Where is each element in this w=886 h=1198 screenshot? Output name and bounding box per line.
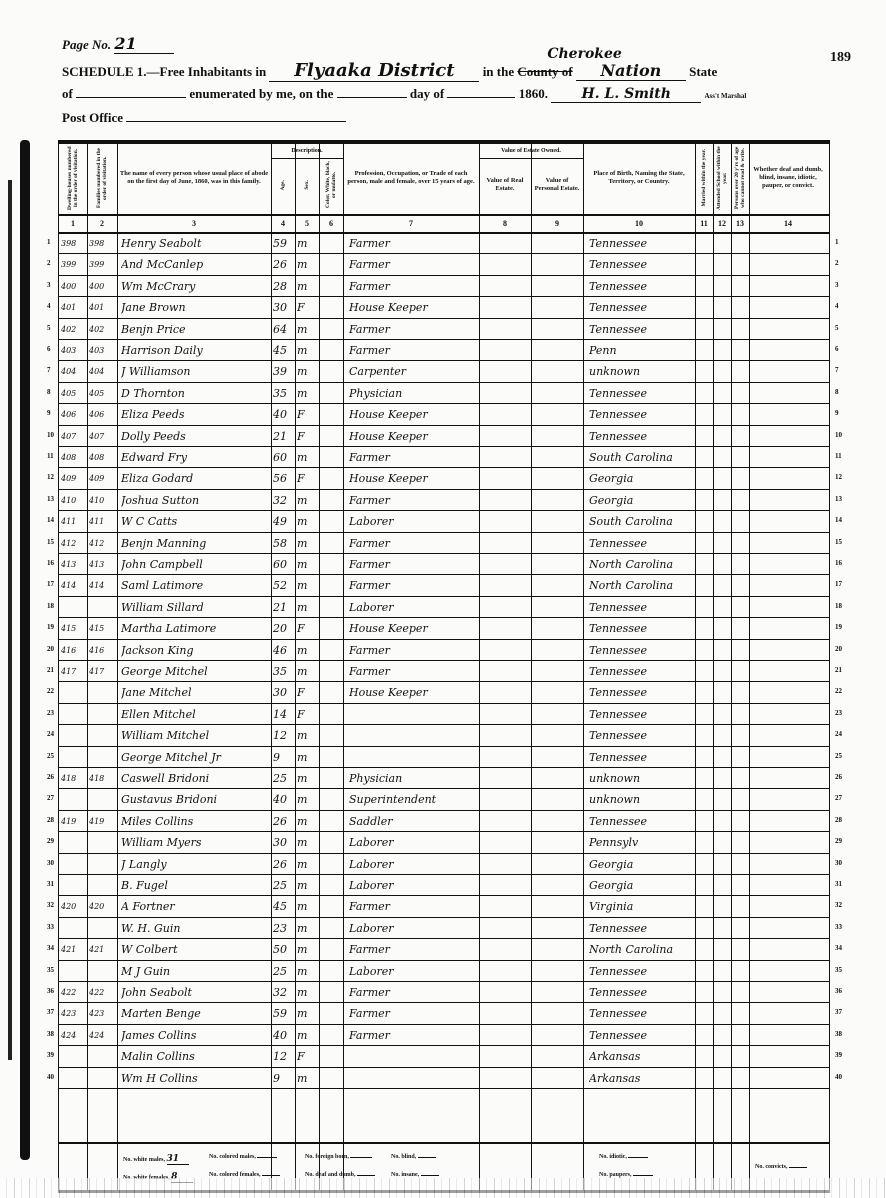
cell-family: 413 (89, 553, 117, 574)
table-row: 418418Caswell Bridoni25mPhysicianunknown… (59, 767, 829, 789)
cell-age: 12 (273, 1045, 295, 1066)
cell-dwelling: 417 (61, 660, 87, 681)
line-number-left: 19 (47, 623, 54, 631)
line-number-right: 5 (835, 324, 839, 332)
cell-birthplace: Penn (589, 339, 695, 360)
cell-birthplace: Tennessee (589, 403, 695, 424)
cell-family: 406 (89, 403, 117, 424)
cell-age: 9 (273, 1067, 295, 1088)
cell-sex: F (297, 467, 319, 488)
line-number-left: 1 (47, 238, 51, 246)
table-row: 411411W C Catts49mLaborerSouth Carolina1… (59, 510, 829, 532)
cell-occupation: Laborer (349, 917, 479, 938)
cell-name: W C Catts (121, 510, 271, 531)
line-number-right: 9 (835, 409, 839, 417)
cell-family: 417 (89, 660, 117, 681)
cell-family (89, 724, 117, 745)
line-number-right: 21 (835, 666, 842, 674)
table-row: Wm H Collins9mArkansas4040 (59, 1067, 829, 1089)
cell-occupation: Carpenter (349, 360, 479, 381)
cell-name: Eliza Peeds (121, 403, 271, 424)
cell-occupation: Laborer (349, 596, 479, 617)
table-row: 412412Benjn Manning58mFarmerTennessee151… (59, 532, 829, 554)
cell-name: Jane Brown (121, 296, 271, 317)
cell-name: Wm McCrary (121, 275, 271, 296)
table-row: 417417George Mitchel35mFarmerTennessee21… (59, 660, 829, 682)
cell-family: 416 (89, 639, 117, 660)
cell-occupation: Farmer (349, 232, 479, 253)
ass-marshal-label: Ass't Marshal (704, 92, 746, 100)
line-number-right: 7 (835, 366, 839, 374)
cell-dwelling: 401 (61, 296, 87, 317)
table-row: 405405D Thornton35mPhysicianTennessee88 (59, 382, 829, 404)
cell-dwelling: 400 (61, 275, 87, 296)
cell-name: William Myers (121, 831, 271, 852)
enumerator-signature: H. L. Smith (551, 86, 701, 103)
line-number-left: 34 (47, 944, 54, 952)
cell-age: 9 (273, 746, 295, 767)
cell-age: 14 (273, 703, 295, 724)
line-number-left: 12 (47, 473, 54, 481)
cell-sex: m (297, 853, 319, 874)
cell-birthplace: Tennessee (589, 660, 695, 681)
cell-occupation (349, 746, 479, 767)
cell-dwelling: 411 (61, 510, 87, 531)
line-number-left: 9 (47, 409, 51, 417)
line-number-right: 17 (835, 580, 842, 588)
line-number-right: 6 (835, 345, 839, 353)
value-estate-group-header: Value of Estate Owned. (479, 144, 583, 159)
cell-dwelling (61, 681, 87, 702)
col-header-disability: Whether deaf and dumb, blind, insane, id… (749, 144, 827, 212)
table-row: 410410Joshua Sutton32mFarmerGeorgia1313 (59, 489, 829, 511)
cell-occupation: Laborer (349, 874, 479, 895)
cell-name: And McCanlep (121, 253, 271, 274)
cell-dwelling: 399 (61, 253, 87, 274)
cell-name: James Collins (121, 1024, 271, 1045)
cell-birthplace: Tennessee (589, 296, 695, 317)
cell-dwelling (61, 703, 87, 724)
line-number-right: 19 (835, 623, 842, 631)
cell-name: J Langly (121, 853, 271, 874)
line-number-right: 2 (835, 259, 839, 267)
table-row: Jane Mitchel30FHouse KeeperTennessee2222 (59, 681, 829, 703)
cell-sex: m (297, 360, 319, 381)
col-header-color: Color, White, black, or mulatto. (319, 158, 343, 212)
cell-occupation: House Keeper (349, 296, 479, 317)
cell-age: 59 (273, 1002, 295, 1023)
cell-age: 26 (273, 810, 295, 831)
cell-dwelling: 403 (61, 339, 87, 360)
cell-sex: m (297, 746, 319, 767)
cell-dwelling: 408 (61, 446, 87, 467)
cell-dwelling: 412 (61, 532, 87, 553)
cell-dwelling: 420 (61, 895, 87, 916)
cell-sex: m (297, 660, 319, 681)
cell-occupation: Physician (349, 767, 479, 788)
census-table: Description. Value of Estate Owned. Dwel… (58, 140, 830, 1193)
cell-name: William Sillard (121, 596, 271, 617)
cell-sex: m (297, 639, 319, 660)
cell-occupation (349, 1045, 479, 1066)
line-number-right: 33 (835, 923, 842, 931)
cell-occupation: Farmer (349, 574, 479, 595)
line-number-left: 23 (47, 709, 54, 717)
page-binding-edge (0, 140, 38, 1160)
cell-age: 30 (273, 296, 295, 317)
cell-occupation: Farmer (349, 532, 479, 553)
cell-name: Miles Collins (121, 810, 271, 831)
cell-birthplace: Tennessee (589, 425, 695, 446)
cell-sex: m (297, 275, 319, 296)
cell-family (89, 746, 117, 767)
table-row: 416416Jackson King46mFarmerTennessee2020 (59, 639, 829, 661)
cell-age: 45 (273, 339, 295, 360)
cell-name: Wm H Collins (121, 1067, 271, 1088)
post-office-line: Post Office (62, 110, 346, 126)
line-number-right: 34 (835, 944, 842, 952)
cell-birthplace: North Carolina (589, 938, 695, 959)
cell-sex: m (297, 917, 319, 938)
cell-age: 58 (273, 532, 295, 553)
cell-name: Joshua Sutton (121, 489, 271, 510)
cell-age: 30 (273, 681, 295, 702)
cell-birthplace: Pennsylv (589, 831, 695, 852)
cell-occupation: Farmer (349, 339, 479, 360)
line-number-left: 20 (47, 645, 54, 653)
line-number-left: 35 (47, 966, 54, 974)
col-header-school: Attended School within the year. (713, 144, 731, 212)
cell-dwelling: 414 (61, 574, 87, 595)
table-row: 421421W Colbert50mFarmerNorth Carolina34… (59, 938, 829, 960)
table-row: George Mitchel Jr9mTennessee2525 (59, 746, 829, 768)
line-number-left: 14 (47, 516, 54, 524)
table-row: 419419Miles Collins26mSaddlerTennessee28… (59, 810, 829, 832)
cell-dwelling: 406 (61, 403, 87, 424)
line-number-left: 10 (47, 431, 54, 439)
cell-family: 403 (89, 339, 117, 360)
schedule-line: SCHEDULE 1.—Free Inhabitants in Flyaaka … (62, 60, 717, 82)
cell-dwelling (61, 788, 87, 809)
description-group-header: Description. (271, 144, 343, 159)
cell-dwelling: 398 (61, 232, 87, 253)
cell-occupation: Superintendent (349, 788, 479, 809)
cell-name: Martha Latimore (121, 617, 271, 638)
cell-family (89, 681, 117, 702)
cell-name: B. Fugel (121, 874, 271, 895)
cell-name: John Campbell (121, 553, 271, 574)
col-header-sex: Sex. (295, 158, 319, 212)
cell-family (89, 831, 117, 852)
cell-dwelling: 413 (61, 553, 87, 574)
cell-birthplace: unknown (589, 360, 695, 381)
cell-family: 419 (89, 810, 117, 831)
line-number-left: 22 (47, 687, 54, 695)
cell-birthplace: Tennessee (589, 318, 695, 339)
cell-dwelling (61, 917, 87, 938)
cell-occupation: Farmer (349, 895, 479, 916)
nation-name-above: Cherokee (547, 46, 621, 62)
table-row: 424424James Collins40mFarmerTennessee383… (59, 1024, 829, 1046)
cell-birthplace: North Carolina (589, 553, 695, 574)
cell-sex: m (297, 810, 319, 831)
line-number-right: 18 (835, 602, 842, 610)
line-number-left: 16 (47, 559, 54, 567)
cell-dwelling: 410 (61, 489, 87, 510)
cell-dwelling: 424 (61, 1024, 87, 1045)
cell-family: 399 (89, 253, 117, 274)
table-row: William Sillard21mLaborerTennessee1818 (59, 596, 829, 618)
cell-family (89, 788, 117, 809)
cell-birthplace: unknown (589, 788, 695, 809)
line-number-right: 36 (835, 987, 842, 995)
line-number-right: 28 (835, 816, 842, 824)
cell-birthplace: Georgia (589, 853, 695, 874)
post-office-label: Post Office (62, 110, 123, 125)
cell-dwelling (61, 724, 87, 745)
cell-birthplace: South Carolina (589, 446, 695, 467)
cell-dwelling (61, 1045, 87, 1066)
cell-occupation: Farmer (349, 938, 479, 959)
line-number-left: 32 (47, 901, 54, 909)
line-number-right: 26 (835, 773, 842, 781)
cell-sex: F (297, 296, 319, 317)
cell-occupation: House Keeper (349, 467, 479, 488)
table-row: 399399And McCanlep26mFarmerTennessee22 (59, 253, 829, 275)
cell-name: Gustavus Bridoni (121, 788, 271, 809)
cell-sex: m (297, 788, 319, 809)
cell-birthplace: Tennessee (589, 253, 695, 274)
line-number-left: 18 (47, 602, 54, 610)
cell-dwelling: 409 (61, 467, 87, 488)
cell-occupation: House Keeper (349, 425, 479, 446)
cell-sex: m (297, 510, 319, 531)
line-number-left: 26 (47, 773, 54, 781)
folio-stamp: 189 (830, 50, 851, 66)
cell-occupation: Farmer (349, 253, 479, 274)
cell-occupation: House Keeper (349, 681, 479, 702)
cell-name: Benjn Manning (121, 532, 271, 553)
line-number-left: 4 (47, 302, 51, 310)
of-label: of (62, 86, 73, 101)
cell-age: 52 (273, 574, 295, 595)
table-row: Ellen Mitchel14FTennessee2323 (59, 703, 829, 725)
cell-dwelling: 419 (61, 810, 87, 831)
cell-dwelling: 402 (61, 318, 87, 339)
col-header-occupation: Profession, Occupation, or Trade of each… (343, 144, 479, 212)
table-row: J Langly26mLaborerGeorgia3030 (59, 853, 829, 875)
cell-age: 32 (273, 489, 295, 510)
line-number-right: 35 (835, 966, 842, 974)
cell-occupation: Physician (349, 382, 479, 403)
day-of-label: day of (410, 86, 444, 101)
cell-birthplace: Georgia (589, 489, 695, 510)
cell-birthplace: Tennessee (589, 275, 695, 296)
cell-occupation: Laborer (349, 510, 479, 531)
cell-family: 424 (89, 1024, 117, 1045)
line-number-right: 37 (835, 1008, 842, 1016)
census-year: 1860. (519, 86, 548, 101)
cell-family: 410 (89, 489, 117, 510)
cell-name: Eliza Godard (121, 467, 271, 488)
line-number-left: 31 (47, 880, 54, 888)
cell-dwelling (61, 831, 87, 852)
cell-age: 32 (273, 981, 295, 1002)
col-header-personal-estate: Value of Personal Estate. (531, 158, 583, 212)
table-row: 407407Dolly Peeds21FHouse KeeperTennesse… (59, 425, 829, 447)
col-header-birthplace: Place of Birth, Naming the State, Territ… (583, 144, 695, 212)
cell-family: 415 (89, 617, 117, 638)
cell-family (89, 874, 117, 895)
cell-name: Ellen Mitchel (121, 703, 271, 724)
cell-dwelling: 407 (61, 425, 87, 446)
cell-family: 404 (89, 360, 117, 381)
line-number-left: 11 (47, 452, 54, 460)
table-row: 401401Jane Brown30FHouse KeeperTennessee… (59, 296, 829, 318)
line-number-right: 3 (835, 281, 839, 289)
cell-name: W Colbert (121, 938, 271, 959)
cell-name: Henry Seabolt (121, 232, 271, 253)
line-number-left: 3 (47, 281, 51, 289)
line-number-left: 40 (47, 1073, 54, 1081)
cell-age: 39 (273, 360, 295, 381)
cell-family: 418 (89, 767, 117, 788)
cell-occupation: Laborer (349, 831, 479, 852)
line-number-left: 25 (47, 752, 54, 760)
cell-dwelling (61, 960, 87, 981)
cell-name: Marten Benge (121, 1002, 271, 1023)
table-row: W. H. Guin23mLaborerTennessee3333 (59, 917, 829, 939)
cell-birthplace: unknown (589, 767, 695, 788)
cell-age: 59 (273, 232, 295, 253)
nation-name: Nation (576, 61, 686, 81)
cell-family (89, 1045, 117, 1066)
line-number-left: 33 (47, 923, 54, 931)
line-number-right: 32 (835, 901, 842, 909)
cell-birthplace: Tennessee (589, 382, 695, 403)
cell-sex: m (297, 938, 319, 959)
district-name: Flyaaka District (269, 60, 479, 82)
line-number-left: 39 (47, 1051, 54, 1059)
line-number-left: 29 (47, 837, 54, 845)
cell-age: 35 (273, 382, 295, 403)
cell-sex: m (297, 553, 319, 574)
cell-family: 402 (89, 318, 117, 339)
cell-birthplace: Tennessee (589, 724, 695, 745)
cell-family: 401 (89, 296, 117, 317)
table-row: 406406Eliza Peeds40FHouse KeeperTennesse… (59, 403, 829, 425)
cell-birthplace: Tennessee (589, 639, 695, 660)
table-row: 420420A Fortner45mFarmerVirginia3232 (59, 895, 829, 917)
cell-age: 49 (273, 510, 295, 531)
cell-birthplace: Tennessee (589, 617, 695, 638)
col-header-name: The name of every person whose usual pla… (117, 144, 271, 212)
col-header-married: Married within the year. (695, 144, 713, 212)
line-number-right: 23 (835, 709, 842, 717)
table-row: William Mitchel12mTennessee2424 (59, 724, 829, 746)
cell-age: 60 (273, 446, 295, 467)
cell-sex: m (297, 232, 319, 253)
scan-noise (0, 1178, 886, 1198)
cell-sex: F (297, 403, 319, 424)
cell-name: Dolly Peeds (121, 425, 271, 446)
cell-name: William Mitchel (121, 724, 271, 745)
cell-age: 28 (273, 275, 295, 296)
cell-dwelling: 422 (61, 981, 87, 1002)
col-header-illiterate: Persons over 20 y'rs of age who cannot r… (731, 144, 749, 212)
line-number-right: 25 (835, 752, 842, 760)
line-number-left: 7 (47, 366, 51, 374)
cell-age: 25 (273, 767, 295, 788)
line-number-left: 5 (47, 324, 51, 332)
cell-birthplace: Tennessee (589, 232, 695, 253)
cell-age: 46 (273, 639, 295, 660)
table-row: Gustavus Bridoni40mSuperintendentunknown… (59, 788, 829, 810)
cell-age: 26 (273, 253, 295, 274)
col-header-dwelling: Dwelling-houses numbered in the order of… (59, 144, 87, 212)
cell-birthplace: Tennessee (589, 1024, 695, 1045)
schedule-label: SCHEDULE 1.—Free Inhabitants in (62, 64, 266, 79)
line-number-left: 15 (47, 538, 54, 546)
cell-dwelling: 405 (61, 382, 87, 403)
cell-sex: m (297, 489, 319, 510)
line-number-right: 1 (835, 238, 839, 246)
cell-age: 30 (273, 831, 295, 852)
cell-name: Caswell Bridoni (121, 767, 271, 788)
line-number-right: 12 (835, 473, 842, 481)
cell-family: 407 (89, 425, 117, 446)
cell-age: 50 (273, 938, 295, 959)
cell-age: 40 (273, 788, 295, 809)
white-males-count: 31 (167, 1154, 189, 1165)
line-number-left: 38 (47, 1030, 54, 1038)
cell-name: Harrison Daily (121, 339, 271, 360)
cell-family: 398 (89, 232, 117, 253)
cell-occupation: Farmer (349, 660, 479, 681)
cell-occupation (349, 703, 479, 724)
cell-birthplace: Tennessee (589, 981, 695, 1002)
cell-name: Benjn Price (121, 318, 271, 339)
cell-sex: F (297, 617, 319, 638)
cell-occupation: Saddler (349, 810, 479, 831)
cell-occupation: Farmer (349, 318, 479, 339)
line-number-right: 38 (835, 1030, 842, 1038)
cell-sex: m (297, 446, 319, 467)
cell-dwelling (61, 746, 87, 767)
cell-family: 409 (89, 467, 117, 488)
cell-birthplace: Tennessee (589, 703, 695, 724)
cell-sex: m (297, 831, 319, 852)
table-row: William Myers30mLaborerPennsylv2929 (59, 831, 829, 853)
cell-family: 423 (89, 1002, 117, 1023)
in-the-label: in the (483, 64, 514, 79)
table-row: 414414Saml Latimore52mFarmerNorth Caroli… (59, 574, 829, 596)
cell-dwelling (61, 596, 87, 617)
cell-sex: m (297, 1067, 319, 1088)
cell-age: 25 (273, 874, 295, 895)
cell-occupation: Laborer (349, 853, 479, 874)
line-number-right: 13 (835, 495, 842, 503)
table-row: Malin Collins12FArkansas3939 (59, 1045, 829, 1067)
table-row: 402402Benjn Price64mFarmerTennessee55 (59, 318, 829, 340)
cell-birthplace: Tennessee (589, 1002, 695, 1023)
cell-occupation: Farmer (349, 639, 479, 660)
cell-birthplace: Tennessee (589, 532, 695, 553)
cell-family: 400 (89, 275, 117, 296)
cell-family: 422 (89, 981, 117, 1002)
line-number-right: 39 (835, 1051, 842, 1059)
cell-name: Malin Collins (121, 1045, 271, 1066)
